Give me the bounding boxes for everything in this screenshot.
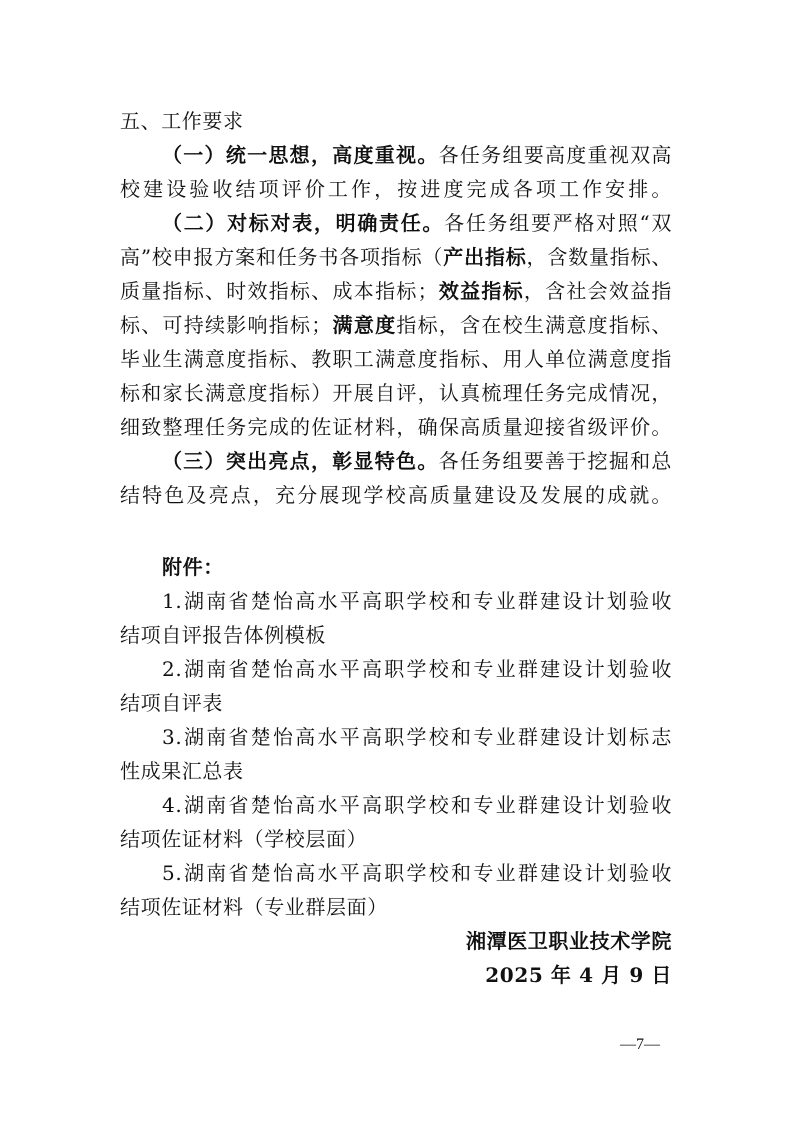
- attachment-4-line-2: 结项佐证材料（学校层面）: [120, 822, 672, 856]
- requirement-3-title: （三）突出亮点，彰显特色。: [162, 449, 439, 473]
- requirement-2-title: （二）对标对表，明确责任。: [162, 211, 444, 235]
- section-heading: 五、工作要求: [120, 104, 672, 138]
- attachments-label: 附件：: [120, 550, 672, 584]
- attachment-2-line-2: 结项自评表: [120, 686, 672, 720]
- attachment-2-line-1: 2.湖南省楚怡高水平高职学校和专业群建设计划验收: [120, 652, 672, 686]
- satisfaction-label: 满意度: [332, 313, 396, 337]
- requirement-3-line-2: 结特色及亮点，充分展现学校高质量建设及发展的成就。: [120, 478, 672, 512]
- document-page: 五、工作要求 （一）统一思想，高度重视。各任务组要高度重视双高 校建设验收结项评…: [120, 104, 672, 992]
- page-number: —7—: [620, 1036, 660, 1054]
- spacer: [120, 512, 672, 550]
- attachment-1-line-1: 1.湖南省楚怡高水平高职学校和专业群建设计划验收: [120, 584, 672, 618]
- signature-date: 2025 年 4 月 9 日: [120, 958, 672, 992]
- requirement-2-line-3: 质量指标、时效指标、成本指标；效益指标，含社会效益指: [120, 274, 672, 308]
- signature-organization: 湘潭医卫职业技术学院: [120, 924, 672, 958]
- requirement-1-line-1: （一）统一思想，高度重视。各任务组要高度重视双高: [120, 138, 672, 172]
- attachment-3-line-2: 性成果汇总表: [120, 754, 672, 788]
- attachment-3-line-1: 3.湖南省楚怡高水平高职学校和专业群建设计划标志: [120, 720, 672, 754]
- attachment-1-line-2: 结项自评报告体例模板: [120, 618, 672, 652]
- requirement-1-line-2: 校建设验收结项评价工作，按进度完成各项工作安排。: [120, 172, 672, 206]
- requirement-2-line-1: （二）对标对表，明确责任。各任务组要严格对照“双: [120, 206, 672, 240]
- attachment-5-line-2: 结项佐证材料（专业群层面）: [120, 890, 672, 924]
- requirement-2-line-6: 标和家长满意度指标）开展自评，认真梳理任务完成情况，: [120, 376, 672, 410]
- requirement-2-line-2: 高”校申报方案和任务书各项指标（产出指标，含数量指标、: [120, 240, 672, 274]
- requirement-2-line-5: 毕业生满意度指标、教职工满意度指标、用人单位满意度指: [120, 342, 672, 376]
- requirement-2-line-4: 标、可持续影响指标；满意度指标，含在校生满意度指标、: [120, 308, 672, 342]
- output-indicator-label: 产出指标: [443, 245, 526, 269]
- requirement-1-title: （一）统一思想，高度重视。: [162, 143, 439, 167]
- attachment-4-line-1: 4.湖南省楚怡高水平高职学校和专业群建设计划验收: [120, 788, 672, 822]
- requirement-3-line-1: （三）突出亮点，彰显特色。各任务组要善于挖掘和总: [120, 444, 672, 478]
- requirement-2-line-7: 细致整理任务完成的佐证材料，确保高质量迎接省级评价。: [120, 410, 672, 444]
- benefit-indicator-label: 效益指标: [438, 279, 524, 303]
- attachment-5-line-1: 5.湖南省楚怡高水平高职学校和专业群建设计划验收: [120, 856, 672, 890]
